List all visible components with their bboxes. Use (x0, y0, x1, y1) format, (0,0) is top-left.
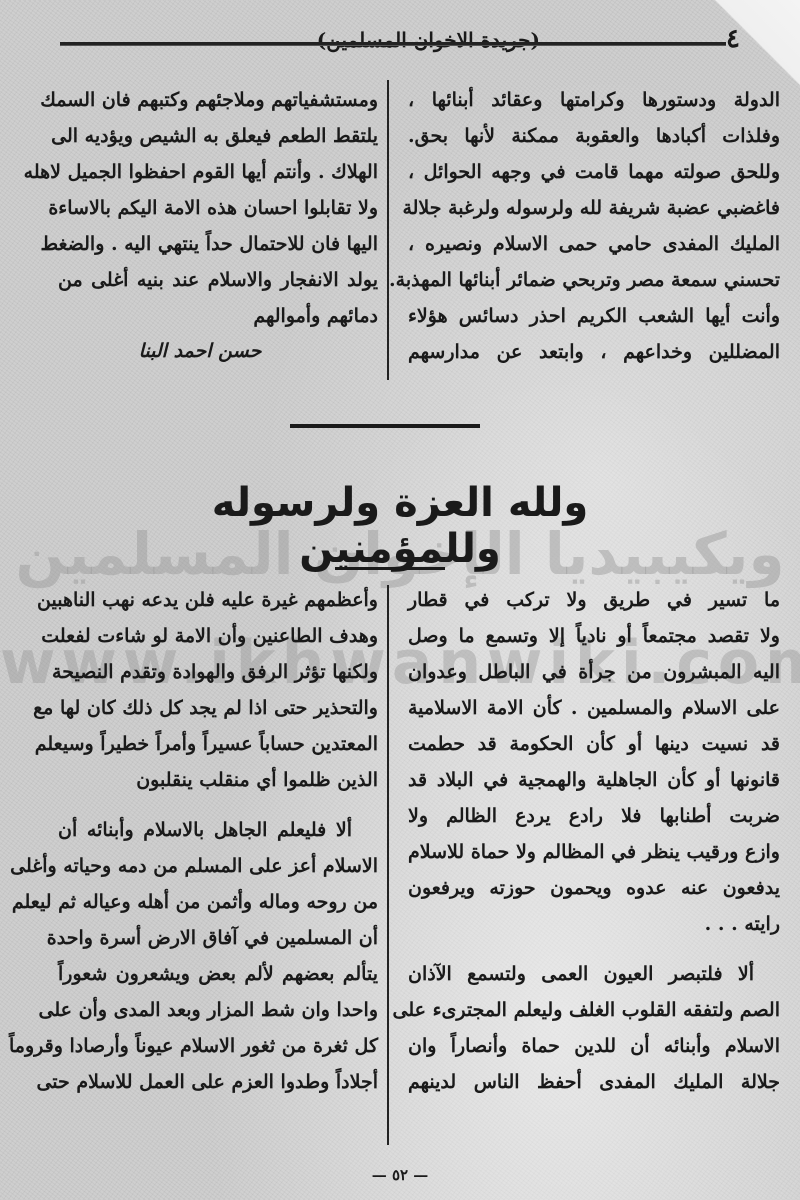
column-divider (387, 585, 389, 1145)
text-line: ألا فلتبصر العيون العمى ولتسمع الآذان (408, 956, 780, 992)
text-line: وازع ورقيب ينظر في المظالم ولا حماة للاس… (408, 834, 780, 870)
text-line: أجلاداً وطدوا العزم على العمل للاسلام حت… (58, 1064, 378, 1100)
text-line: من روحه وماله وأثمن من أهله وعياله ثم لي… (58, 884, 378, 920)
text-line: يتألم بعضهم لألم بعض ويشعرون شعوراً (58, 956, 378, 992)
text-line: على الاسلام والمسلمين . كأن الامة الاسلا… (408, 690, 780, 726)
text-line: الدولة ودستورها وكرامتها وعقائد أبنائها … (408, 82, 780, 118)
article-title: ولله العزة ولرسوله وللمؤمنين (160, 480, 640, 572)
text-line: يدفعون عنه عدوه ويحمون حوزته ويرفعون (408, 870, 780, 906)
text-line: الاسلام وأبنائه أن للدين حماة وأنصاراً و… (408, 1028, 780, 1064)
text-line: وفلذات أكبادها والعقوبة ممكنة لأنها بحق. (408, 118, 780, 154)
text-line: وأنت أيها الشعب الكريم احذر دسائس هؤلاء (408, 298, 780, 334)
article-left-column: وأعظمهم غيرة عليه فلن يدعه نهب الناهبين … (58, 582, 378, 1100)
text-line: أن المسلمين في آفاق الارض أسرة واحدة (58, 920, 378, 956)
text-line: ومستشفياتهم وملاجئهم وكتبهم فان السمك (58, 82, 378, 118)
text-line: والتحذير حتى اذا لم يجد كل ذلك كان لها م… (58, 690, 378, 726)
text-line: كل ثغرة من ثغور الاسلام عيوناً وأرصادا و… (58, 1028, 378, 1064)
text-line: وللحق صولته مهما قامت في وجهه الحوائل ، (408, 154, 780, 190)
text-line: يولد الانفجار والاسلام عند بنيه أغلى من (58, 262, 378, 298)
text-line: ولا تقصد مجتمعاً أو نادياً إلا وتسمع ما … (408, 618, 780, 654)
text-line: فاغضبي عضبة شريفة لله ولرسوله ولرغبة جلا… (408, 190, 780, 226)
text-line: تحسني سمعة مصر وتربحي ضمائر أبنائها المه… (408, 262, 780, 298)
header-rule (60, 42, 726, 46)
text-line: قانونها أو كأن الجاهلية والهمجية في البل… (408, 762, 780, 798)
text-line: ضربت أطنابها فلا رادع يردع الظالم ولا (408, 798, 780, 834)
column-divider (387, 80, 389, 380)
top-left-column: ومستشفياتهم وملاجئهم وكتبهم فان السمك يل… (58, 82, 378, 334)
section-separator-rule (290, 424, 480, 428)
text-line: يلتقط الطعم فيعلق به الشيص ويؤديه الى (58, 118, 378, 154)
top-right-column: الدولة ودستورها وكرامتها وعقائد أبنائها … (408, 82, 780, 370)
text-line: المعتدين حساباً عسيراً وأمراً خطيراً وسي… (58, 726, 378, 762)
text-line: ألا فليعلم الجاهل بالاسلام وأبنائه أن (58, 812, 378, 848)
text-line: المليك المفدى حامي حمى الاسلام ونصيره ، (408, 226, 780, 262)
text-line: وأعظمهم غيرة عليه فلن يدعه نهب الناهبين (58, 582, 378, 618)
article-right-column: ما تسير في طريق ولا تركب في قطار ولا تقص… (408, 582, 780, 1100)
text-line: واحدا وان شط المزار وبعد المدى وأن على (58, 992, 378, 1028)
text-line: وهدف الطاعنين وأن الامة لو شاءت لفعلت (58, 618, 378, 654)
text-line: جلالة المليك المفدى أحفظ الناس لدينهم (408, 1064, 780, 1100)
text-line: ولكنها تؤثر الرفق والهوادة وتقدم النصيحة (58, 654, 378, 690)
text-line: ولا تقابلوا احسان هذه الامة اليكم بالاسا… (58, 190, 378, 226)
scanned-newspaper-page: ٤ (جريدة الاخوان المسلمين) الدولة ودستور… (0, 0, 800, 1200)
footer-page-number: — ٥٢ — (360, 1166, 440, 1184)
text-line: دمائهم وأموالهم (58, 298, 378, 334)
newspaper-name: (جريدة الاخوان المسلمين) (317, 28, 540, 52)
text-line: الصم ولتفقه القلوب الغلف وليعلم المجترىء… (408, 992, 780, 1028)
title-underline-rule (335, 567, 445, 570)
text-line: اليه المبشرون من جرأة في الباطل وعدوان (408, 654, 780, 690)
text-line: اليها فان للاحتمال حداً ينتهي اليه . وال… (58, 226, 378, 262)
author-signature: حسن احمد البنا (110, 340, 290, 362)
text-line: المضللين وخداعهم ، وابتعد عن مدارسهم (408, 334, 780, 370)
text-line: رايته . . . (408, 906, 780, 942)
page-header: ٤ (جريدة الاخوان المسلمين) (60, 22, 740, 58)
header-page-number: ٤ (726, 24, 740, 54)
text-line: الاسلام أعز على المسلم من دمه وحياته وأغ… (58, 848, 378, 884)
text-line: الذين ظلموا أي منقلب ينقلبون (58, 762, 378, 798)
text-line: ما تسير في طريق ولا تركب في قطار (408, 582, 780, 618)
text-line: قد نسيت دينها أو كأن الحكومة قد حطمت (408, 726, 780, 762)
text-line: الهلاك . وأنتم أيها القوم احفظوا الجميل … (58, 154, 378, 190)
